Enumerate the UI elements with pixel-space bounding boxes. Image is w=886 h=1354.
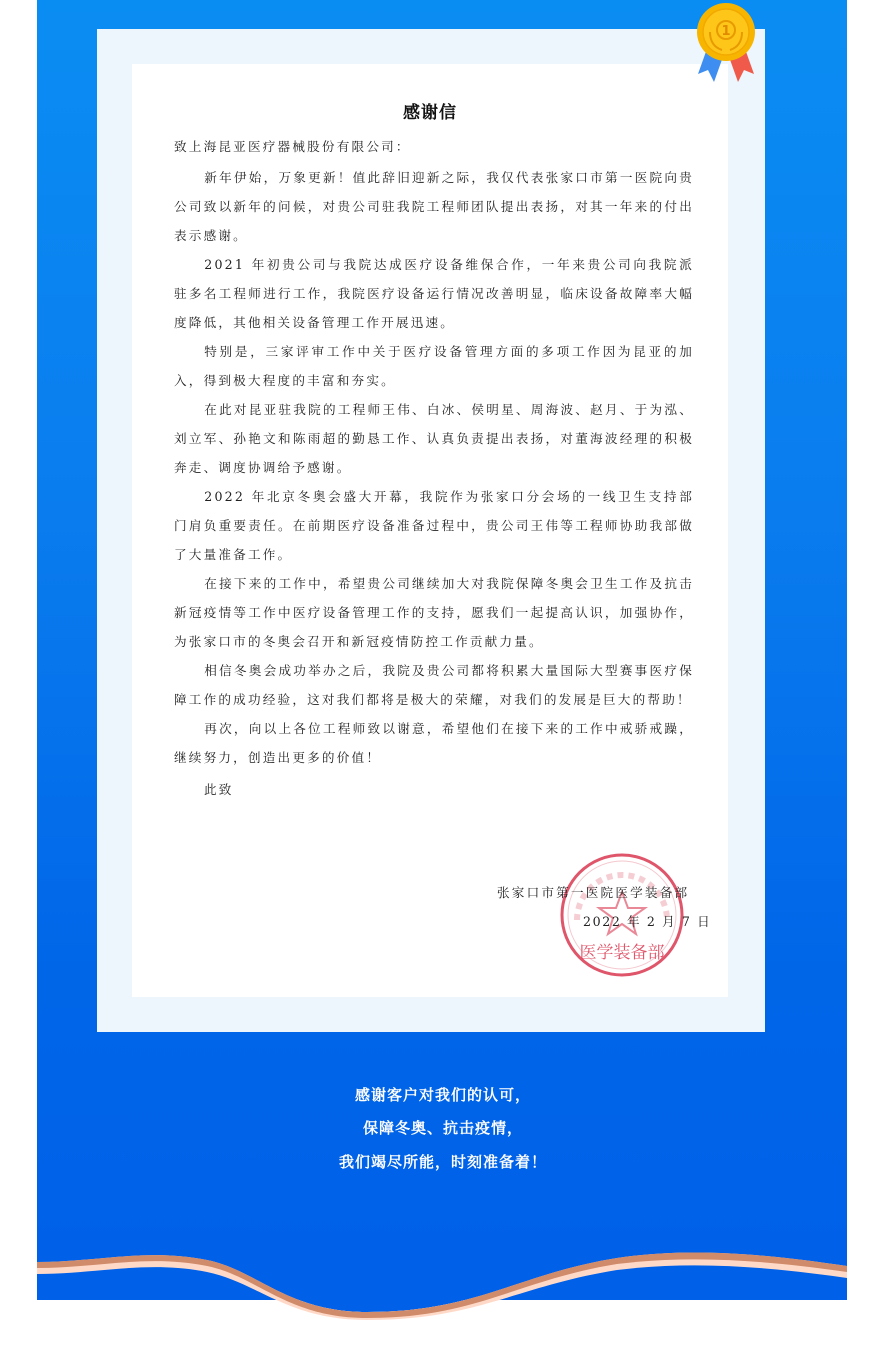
letter-closing: 此致 bbox=[204, 779, 234, 798]
letter-paragraph: 特别是，三家评审工作中关于医疗设备管理方面的多项工作因为昆亚的加入，得到极大程度… bbox=[174, 337, 694, 395]
letter-title: 感谢信 bbox=[132, 98, 728, 123]
gold-medal-icon: 1 bbox=[694, 2, 758, 86]
svg-text:医学装备部: 医学装备部 bbox=[580, 943, 665, 963]
decorative-wave bbox=[37, 1230, 847, 1320]
letter-paragraph: 在此对昆亚驻我院的工程师王伟、白冰、侯明星、周海波、赵月、于为泓、刘立军、孙艳文… bbox=[174, 395, 694, 482]
slogan-line-1: 感谢客户对我们的认可， bbox=[0, 1084, 886, 1105]
slogan-line-3: 我们竭尽所能，时刻准备着！ bbox=[0, 1151, 886, 1172]
letter-body: 新年伊始，万象更新！值此辞旧迎新之际，我仅代表张家口市第一医院向贵公司致以新年的… bbox=[174, 163, 694, 772]
letter-paragraph: 新年伊始，万象更新！值此辞旧迎新之际，我仅代表张家口市第一医院向贵公司致以新年的… bbox=[174, 163, 694, 250]
slogan-line-2: 保障冬奥、抗击疫情， bbox=[0, 1117, 886, 1138]
svg-text:1: 1 bbox=[721, 24, 730, 39]
letter-paragraph: 2021 年初贵公司与我院达成医疗设备维保合作，一年来贵公司向我院派驻多名工程师… bbox=[174, 250, 694, 337]
letter-paragraph: 在接下来的工作中，希望贵公司继续加大对我院保障冬奥会卫生工作及抗击新冠疫情等工作… bbox=[174, 569, 694, 656]
signature-date: 2022 年 2 月 7 日 bbox=[583, 911, 711, 930]
letter-salutation: 致上海昆亚医疗器械股份有限公司： bbox=[174, 136, 411, 155]
signature-department: 张家口市第一医院医学装备部 bbox=[497, 882, 689, 901]
letter-paragraph: 再次，向以上各位工程师致以谢意，希望他们在接下来的工作中戒骄戒躁，继续努力，创造… bbox=[174, 714, 694, 772]
letter-paragraph: 相信冬奥会成功举办之后，我院及贵公司都将积累大量国际大型赛事医疗保障工作的成功经… bbox=[174, 656, 694, 714]
letter-paragraph: 2022 年北京冬奥会盛大开幕，我院作为张家口分会场的一线卫生支持部门肩负重要责… bbox=[174, 482, 694, 569]
thank-you-letter: 感谢信 致上海昆亚医疗器械股份有限公司： 新年伊始，万象更新！值此辞旧迎新之际，… bbox=[132, 64, 728, 997]
